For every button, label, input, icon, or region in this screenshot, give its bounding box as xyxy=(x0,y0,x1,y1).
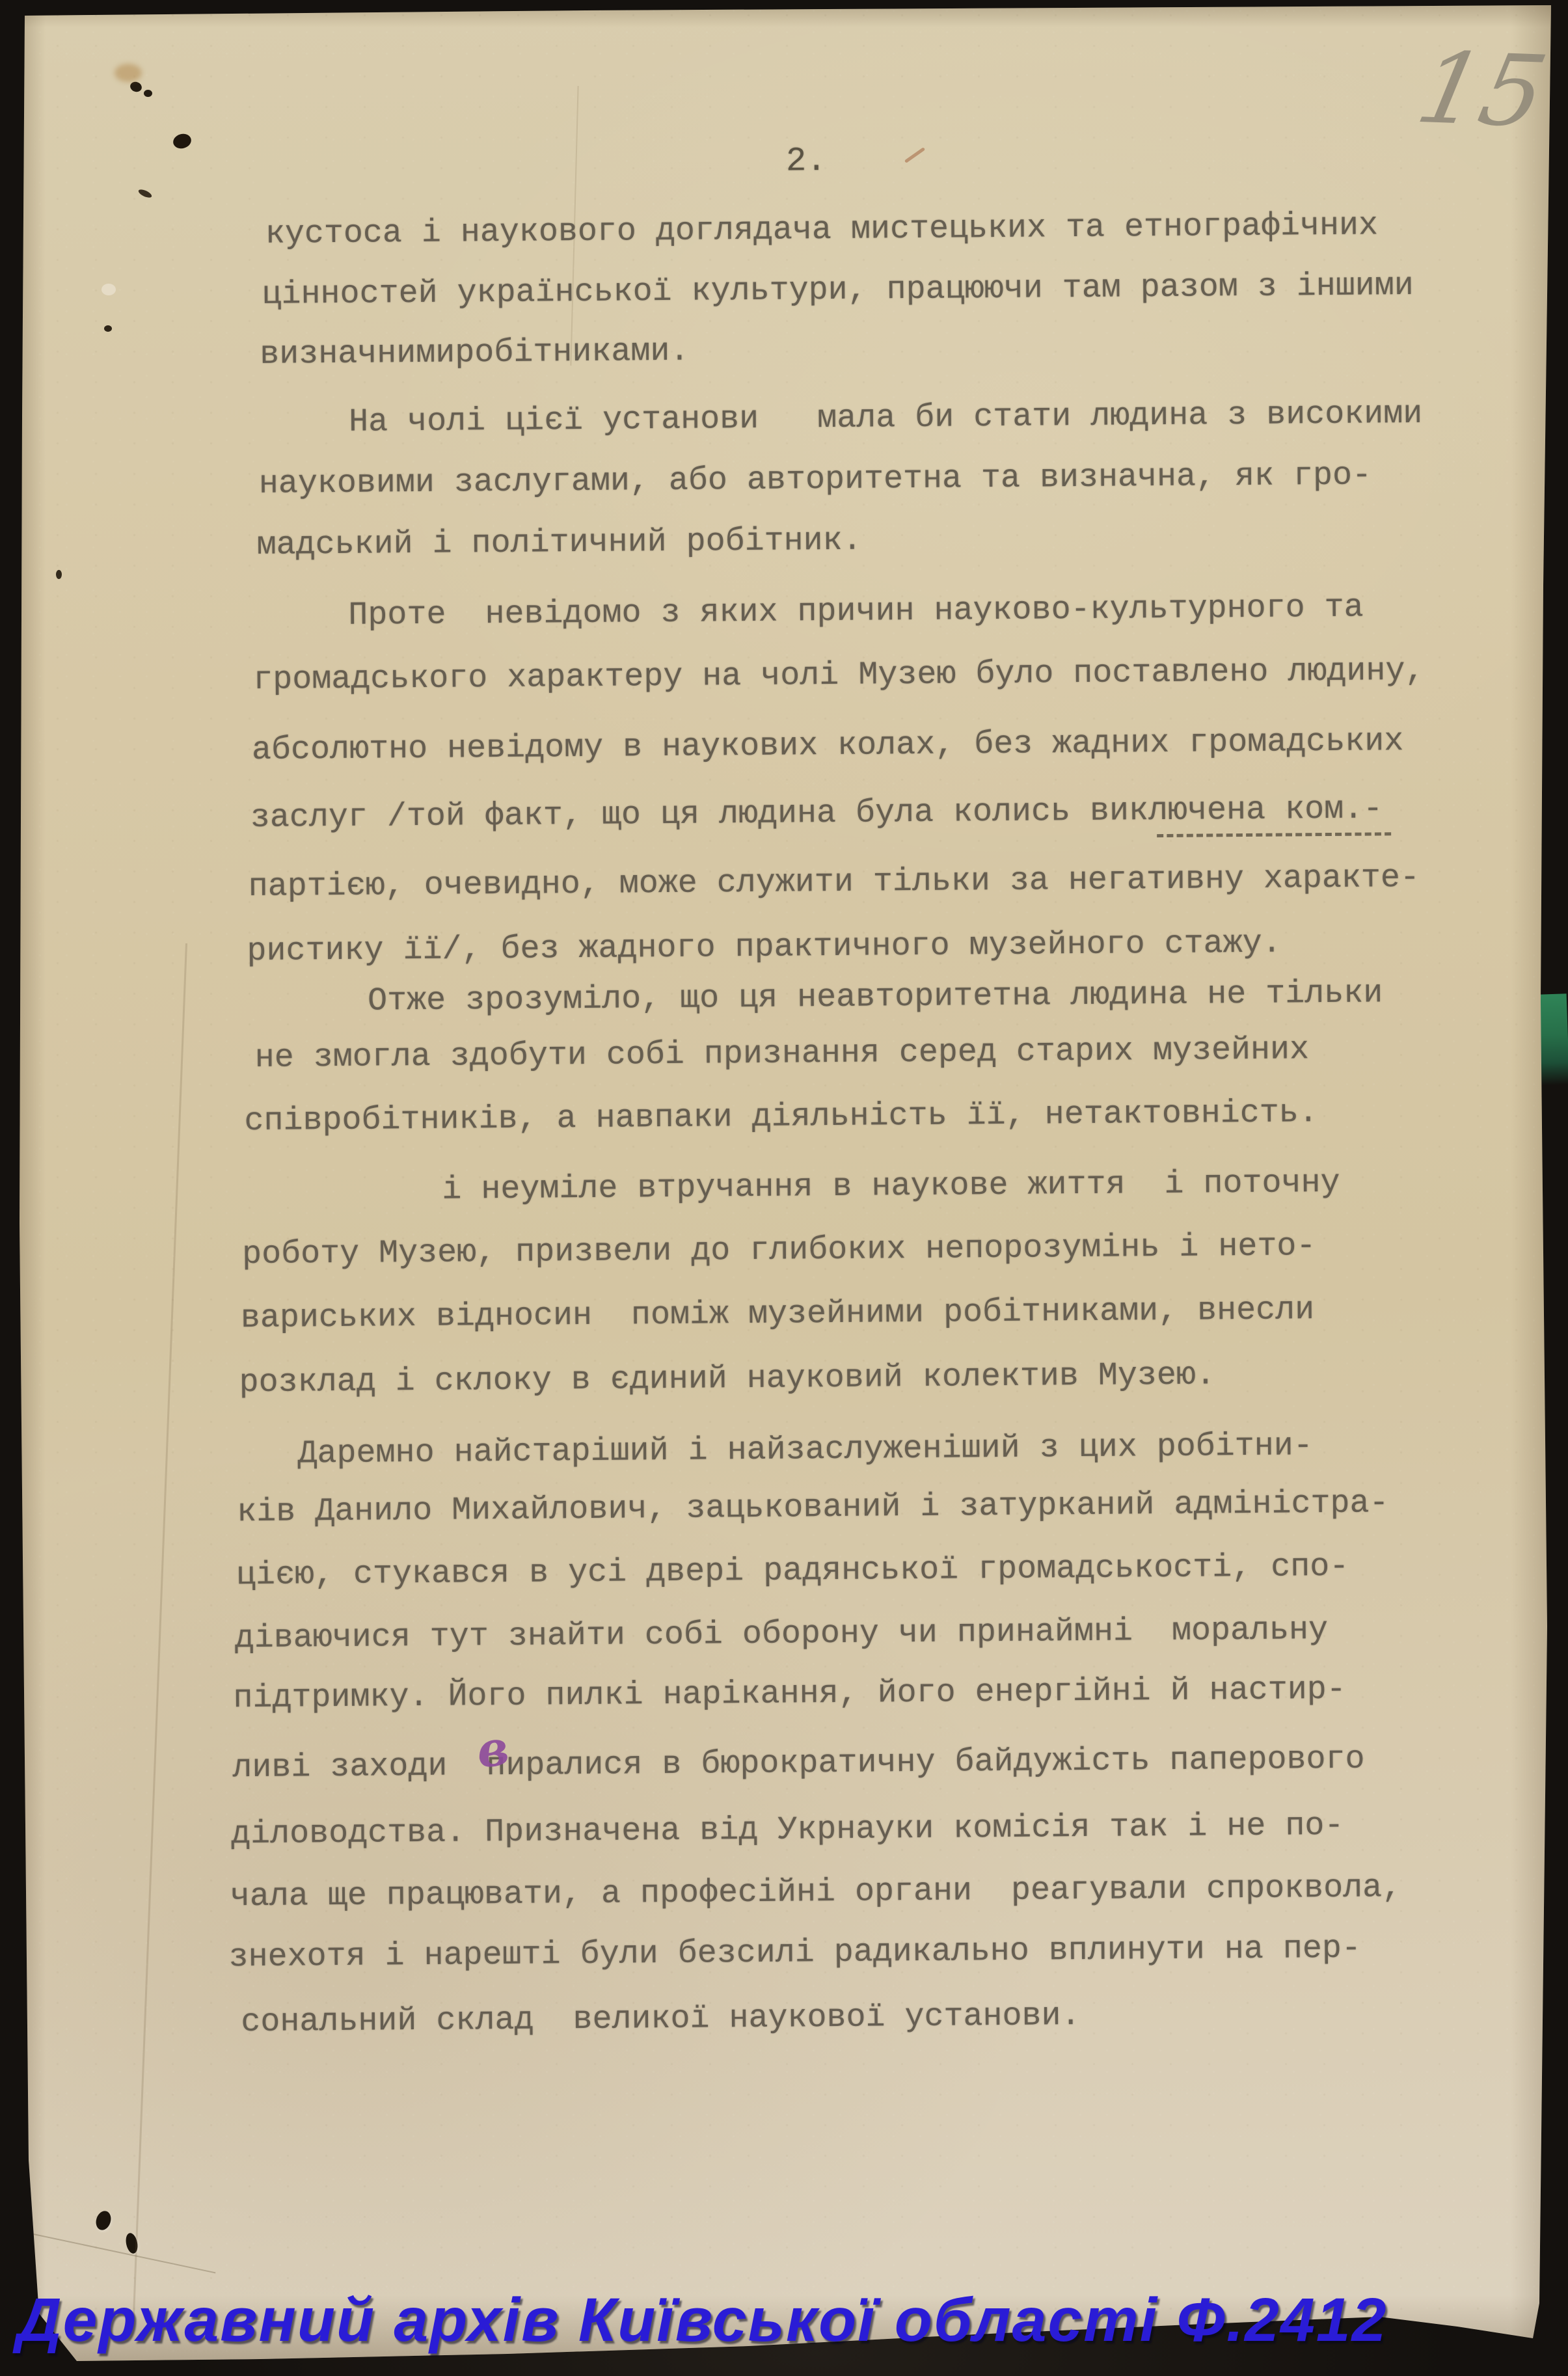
typed-text-line: ристику її/, без жадного практичного муз… xyxy=(247,925,1282,971)
typed-text-line: ків Данило Михайлович, зацькований і зат… xyxy=(237,1485,1389,1532)
typed-text-line: розклад і склоку в єдиний науковий колек… xyxy=(239,1357,1215,1402)
typed-dashed-underline xyxy=(1157,832,1391,837)
archive-caption: Державний архів Київської області Ф.2412 xyxy=(17,2285,1387,2356)
typed-text-line: роботу Музею, призвели до глибоких непор… xyxy=(242,1228,1316,1274)
paper-sheet: 2. кустоса і наукового доглядача мистець… xyxy=(0,0,1568,2376)
typed-text-line: Проте невідомо з яких причин науково-кул… xyxy=(348,589,1364,635)
typed-text-line: науковими заслугами, або авторитетна та … xyxy=(259,457,1372,503)
typed-text-line: На чолі цієї установи мала би стати люди… xyxy=(349,396,1423,442)
typed-text-line: чала ще працювати, а професійні органи р… xyxy=(230,1869,1402,1916)
typed-text-line: і неуміле втручання в наукове життя і по… xyxy=(442,1165,1340,1209)
typed-text-line: цією, стукався в усі двері радянської гр… xyxy=(236,1548,1349,1595)
typed-text-line: Даремно найстаріший і найзаслуженіший з … xyxy=(297,1427,1313,1473)
typed-text-line: вариських відносин поміж музейними робіт… xyxy=(241,1291,1315,1338)
pencil-page-number: 15 xyxy=(1408,32,1555,150)
typed-text-line: діловодства. Призначена від Укрнауки ком… xyxy=(231,1807,1344,1854)
typed-text-line: сональний склад великої наукової установ… xyxy=(241,1997,1081,2042)
typed-text-line: Отже зрозуміло, що ця неавторитетна люди… xyxy=(368,975,1383,1020)
typed-text-line: знехотя і нарешті були безсилі радикальн… xyxy=(228,1930,1361,1977)
typed-text-line: громадського характеру на чолі Музею бул… xyxy=(253,653,1425,699)
typed-page-number: 2. xyxy=(786,142,827,180)
typed-text-line: ливі заходи пиралися в бюрократичну байд… xyxy=(232,1741,1365,1788)
scan-background: 2. кустоса і наукового доглядача мистець… xyxy=(0,0,1568,2376)
typewritten-text-block: 2. кустоса і наукового доглядача мистець… xyxy=(0,0,1568,2376)
handwritten-correction-letter: в xyxy=(474,1720,511,1779)
typed-text-line: цінностей української культури, працюючи… xyxy=(262,267,1414,314)
typed-text-line: співробітників, а навпаки діяльність її,… xyxy=(244,1094,1318,1141)
typed-text-line: кустоса і наукового доглядача мистецьких… xyxy=(265,207,1379,253)
typed-text-line: підтримку. Його пилкі нарікання, його ен… xyxy=(233,1671,1346,1718)
typed-text-line: партією, очевидно, може служити тільки з… xyxy=(248,859,1420,906)
typed-text-line: визначнимиробітниками. xyxy=(260,333,690,374)
typed-text-line: абсолютно невідому в наукових колах, без… xyxy=(252,723,1404,770)
typed-text-line: заслуг /той факт, що ця людина була коли… xyxy=(250,790,1383,837)
typed-text-line: не змогла здобути собі признання серед с… xyxy=(255,1031,1310,1077)
typed-text-line: діваючися тут знайти собі оборону чи при… xyxy=(235,1612,1329,1658)
typed-text-line: мадський і політичний робітник. xyxy=(256,522,862,565)
